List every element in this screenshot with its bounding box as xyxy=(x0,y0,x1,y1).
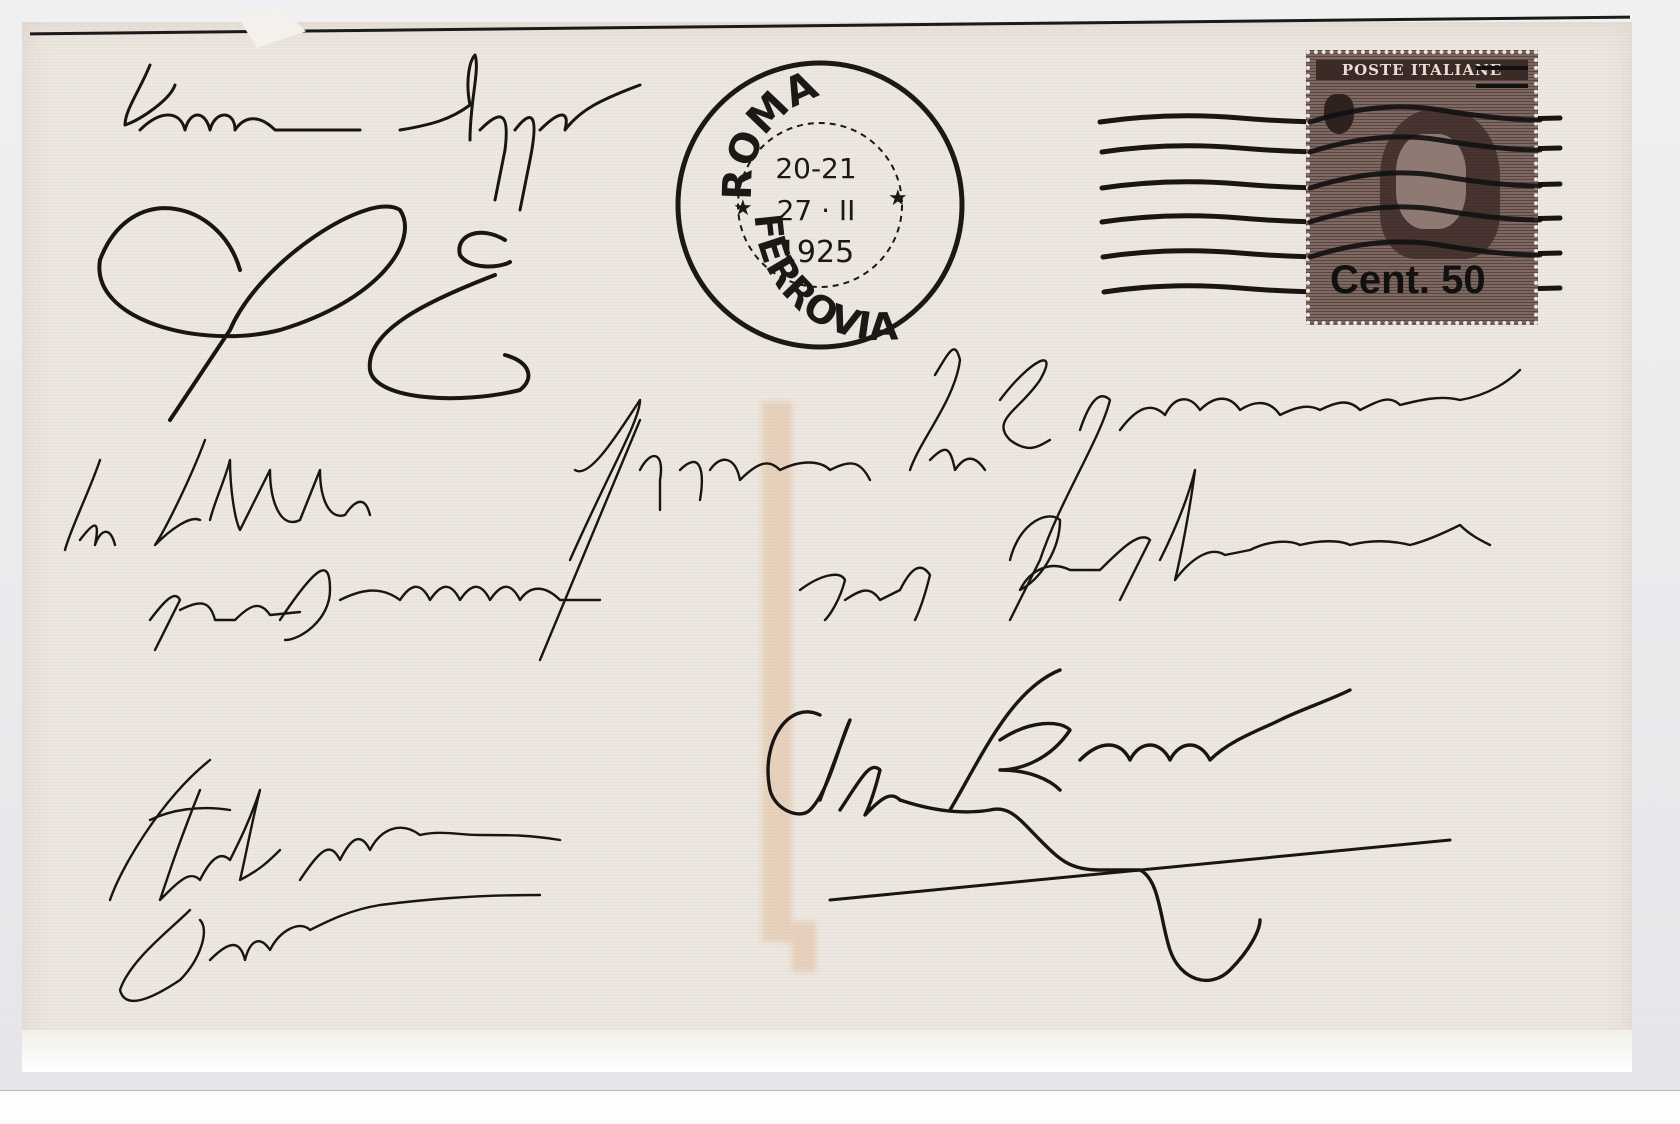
stamp-cancel-overlay xyxy=(0,0,1680,1124)
